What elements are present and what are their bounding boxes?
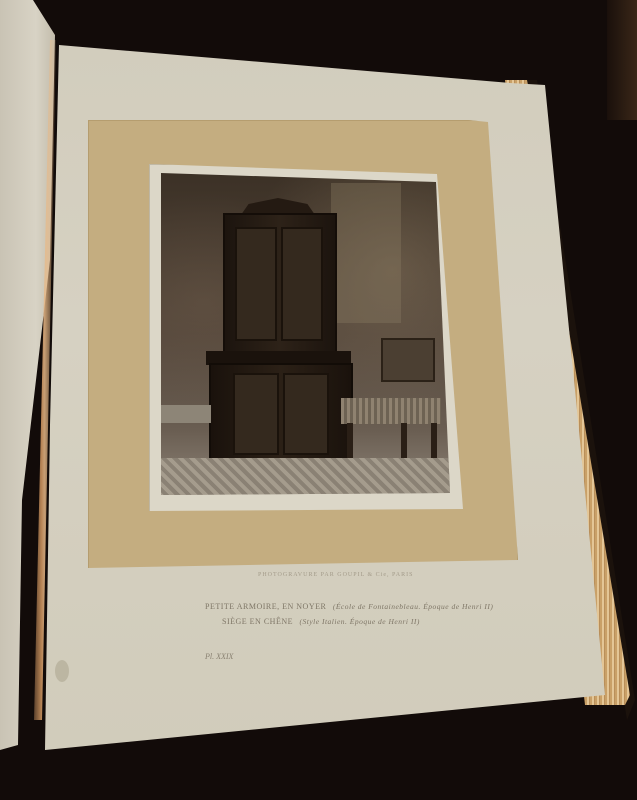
- carpet: [161, 458, 450, 495]
- furniture-photograph: [161, 173, 450, 495]
- cabinet-door: [283, 373, 329, 455]
- caption-line-1: PETITE ARMOIRE, EN NOYER (École de Fonta…: [205, 602, 493, 611]
- caption-line-2: SIÈGE EN CHÊNE (Style Italien. Époque de…: [222, 617, 420, 626]
- plate-number: Pl. XXIX: [205, 652, 233, 661]
- caption-title-armoire: PETITE ARMOIRE, EN NOYER: [205, 602, 326, 611]
- caption-title-siege: SIÈGE EN CHÊNE: [222, 617, 293, 626]
- chair-leg: [401, 423, 407, 463]
- cabinet-door: [233, 373, 279, 455]
- cabinet-door: [235, 227, 277, 341]
- cabinet-upper: [223, 213, 337, 357]
- book-photo-scene: PHOTOGRAVURE PAR GOUPIL & Cie, PARIS PET…: [0, 0, 637, 800]
- background-wood: [607, 0, 637, 120]
- photo-credit: PHOTOGRAVURE PAR GOUPIL & Cie, PARIS: [258, 572, 413, 578]
- chair-back: [381, 338, 435, 382]
- caption-note-siege: (Style Italien. Époque de Henri II): [300, 617, 420, 626]
- cabinet-door: [281, 227, 323, 341]
- cabinet-lower: [209, 363, 353, 467]
- chair-seat: [341, 398, 441, 424]
- paper-stain: [55, 660, 69, 682]
- tapestry-backdrop: [331, 183, 401, 323]
- caption-note-armoire: (École de Fontainebleau. Époque de Henri…: [333, 602, 494, 611]
- footstool: [161, 405, 211, 423]
